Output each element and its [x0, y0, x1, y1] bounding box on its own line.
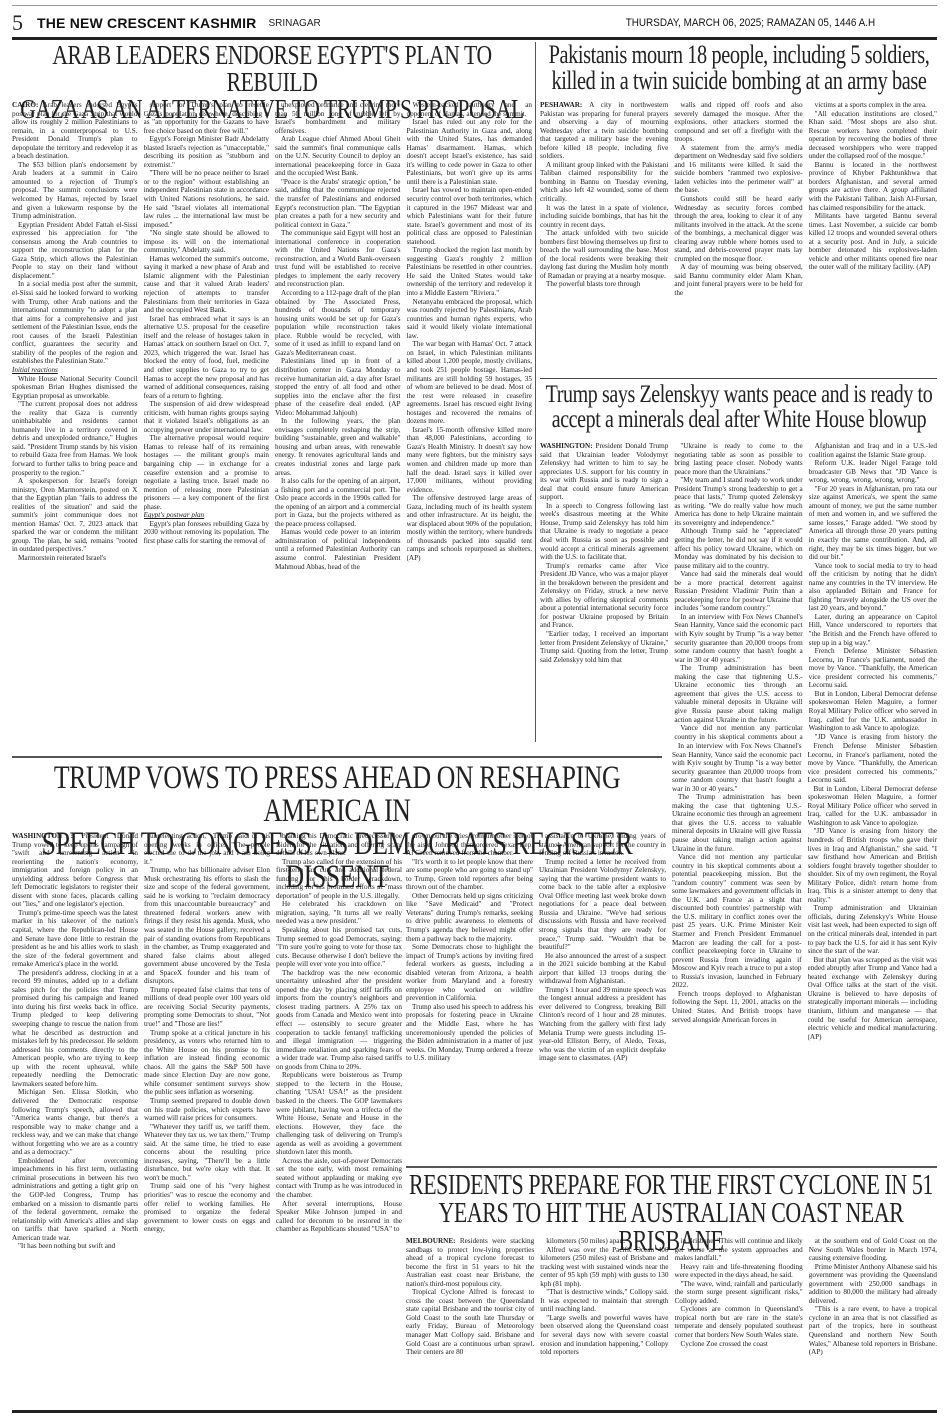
paragraph: "It has been nothing but swift and	[12, 1242, 138, 1251]
paragraph: The $53 billion plan's endorsement by Ar…	[12, 161, 138, 221]
paragraph: "The current proposal does not address t…	[12, 400, 138, 477]
paragraph: Reform U.K. leader Nigel Farage told bro…	[809, 459, 937, 485]
column: unexploded ordnance and clearing more th…	[275, 101, 401, 742]
column-divider	[535, 42, 536, 742]
paragraph: Afghanistan and Iraq and in a U.S.-led c…	[809, 442, 937, 459]
headline-line: killed in a twin suicide bombing at an a…	[540, 68, 938, 94]
dateline: PESHAWAR:	[540, 101, 589, 109]
paragraph: Israel has vowed to maintain open-ended …	[407, 186, 533, 246]
paragraph: Trump repeated false claims that tens of…	[144, 986, 270, 1029]
headline-zelenskyy: Trump says Zelenskyy wants peace and is …	[539, 382, 939, 438]
article-cyclone: RESIDENTS PREPARE FOR THE FIRST CYCLONE …	[406, 1172, 937, 1232]
paragraph: Trump spoke at a critical juncture in hi…	[144, 1029, 270, 1097]
paragraph: In the following years, the plan envisag…	[275, 417, 401, 477]
column: WASHINGTON : President Donald Trump vowe…	[12, 832, 138, 1408]
headline-line: Pakistanis mourn 18 people, including 5 …	[540, 42, 938, 68]
paragraph: unexploded ordnance and clearing more th…	[275, 101, 401, 135]
paragraph: The suspension of aid drew widespread cr…	[144, 400, 270, 434]
paragraph: Emboldened after overcoming impeachments…	[12, 1157, 138, 1242]
column: blaming his Democratic predecessor Joe B…	[276, 832, 402, 1408]
paragraph: Vance took to social media to try to hea…	[809, 562, 937, 613]
paragraph: Marmorstein reiterated Israel's	[12, 554, 138, 563]
paragraph: After several interruptions, House Speak…	[276, 1200, 402, 1234]
column: "Ukraine is ready to come to the negotia…	[674, 442, 802, 742]
headline-gaza: ARAB LEADERS ENDORSE EGYPT'S PLAN TO REB…	[12, 42, 532, 98]
paragraph: Trump also used his speech to address hi…	[406, 1003, 533, 1063]
bottom-rule	[12, 1410, 937, 1413]
paragraph: Trump also called for the extension of h…	[276, 858, 402, 901]
article-body-zelenskyy: WASHINGTON: President Donald Trump said …	[540, 442, 937, 742]
headline-pakistan: Pakistanis mourn 18 people, including 5 …	[540, 42, 938, 98]
masthead: 5 THE NEW CRESCENT KASHMIR SRINAGAR THUR…	[12, 10, 937, 36]
paragraph: Vance had said the minerals deal would b…	[674, 570, 802, 613]
paragraph: Trump, who has billionaire adviser Elon …	[144, 866, 270, 986]
section-rule	[12, 756, 662, 758]
paragraph: According to a 112-page draft of the pla…	[275, 289, 401, 357]
article-body-cyclone: MELBOURNE: Residents were stacking sandb…	[406, 1237, 937, 1407]
paper-name: THE NEW CRESCENT KASHMIR	[37, 15, 256, 31]
paragraph: A militant group linked with the Pakista…	[540, 161, 668, 204]
paragraph: The communique said Egypt will host an i…	[275, 229, 401, 289]
paragraph: Speaking about his promised tax cuts, Tr…	[276, 926, 402, 969]
article-body-zelenskyy-continued: In an interview with Fox News Channel's …	[672, 742, 937, 1160]
paragraph: Trump's remarks came after Vice Presiden…	[540, 562, 668, 630]
article-body-congress-right: drown out the cries from the other side …	[406, 832, 666, 1162]
paragraph: But in London, Liberal Democrat defense …	[808, 785, 938, 828]
paragraph: Trump said one of his "very highest prio…	[144, 1182, 270, 1233]
paragraph: In a speech to Congress following last w…	[540, 502, 668, 562]
paragraph: The backdrop was the new economic uncert…	[276, 969, 402, 1072]
paragraph: Arab League chief Ahmed Aboul Gheit said…	[275, 135, 401, 178]
article-body: PESHAWAR: A city in northwestern Pakista…	[540, 101, 937, 369]
paragraph: Later, during an appearance on Capitol H…	[809, 613, 937, 647]
column: MELBOURNE: Residents were stacking sandb…	[406, 1237, 534, 1407]
paragraph: Trump's 1 hour and 39 minute speech was …	[539, 986, 666, 1063]
column: In an interview with Fox News Channel's …	[672, 742, 802, 1160]
paragraph: The offensive destroyed large areas of G…	[407, 494, 533, 562]
column: CAIRO: Arab leaders endorsed Egypt's pos…	[12, 101, 138, 742]
column: kilometers (50 miles) apart.Alfred was o…	[540, 1237, 668, 1407]
paragraph: Alfred was over the Pacific Ocean 400 ki…	[540, 1246, 668, 1289]
article-body-congress: WASHINGTON : President Donald Trump vowe…	[12, 832, 402, 1408]
paragraph: MELBOURNE: Residents were stacking sandb…	[406, 1237, 534, 1288]
paragraph: French troops deployed to Afghanistan fo…	[672, 990, 802, 1024]
paragraph: "My team and I stand ready to work under…	[674, 476, 802, 527]
paragraph: Trump's prime-time speech was the latest…	[12, 909, 138, 969]
paragraph: The alternative proposal would require H…	[144, 434, 270, 511]
paragraph: "JD Vance is erasing from history the hu…	[808, 827, 938, 904]
paragraph: support for Trump's plan to resettle Gaz…	[144, 101, 270, 135]
headline-line: Trump says Zelenskyy wants peace and is …	[539, 382, 939, 407]
paragraph: Although Trump said he "appreciated" get…	[674, 527, 802, 570]
paragraph: Trump recited a letter he received from …	[539, 858, 666, 952]
paragraph: It also calls for the opening of an airp…	[275, 477, 401, 528]
article-zelenskyy: Trump says Zelenskyy wants peace and is …	[540, 382, 937, 442]
section-rule	[406, 1166, 937, 1168]
paragraph: "Earlier today, I received an important …	[540, 630, 668, 664]
paragraph: "No single state should be allowed to im…	[144, 229, 270, 255]
column: Western-backed authority and an opponent…	[407, 101, 533, 742]
paragraph: "All education institutions are closed,"…	[809, 110, 937, 161]
paragraph: Across the aisle, out-of-power Democrats…	[276, 1157, 402, 1200]
headline-line: accept a minerals deal after White House…	[539, 407, 939, 432]
headline-line: RESIDENTS PREPARE FOR THE FIRST CYCLONE …	[406, 1172, 936, 1200]
paragraph: Western-backed authority and an opponent…	[407, 101, 533, 118]
issue-date: THURSDAY, MARCH 06, 2025; RAMAZAN 05, 14…	[626, 17, 875, 29]
paragraph: Hamas welcomed the summit's outcome, say…	[144, 255, 270, 315]
dateline: WASHINGTON:	[540, 442, 595, 450]
headline-cyclone: RESIDENTS PREPARE FOR THE FIRST CYCLONE …	[406, 1172, 936, 1230]
paragraph: Bannu is located in the northwest provin…	[809, 161, 937, 212]
paragraph: He celebrated his crackdown on migration…	[276, 900, 402, 926]
paragraph: Some Democrats chose to highlight the im…	[406, 943, 533, 1003]
paragraph: kilometers (50 miles) apart.	[540, 1237, 668, 1246]
paragraph: Vance did not mention any particular cou…	[674, 724, 802, 742]
paragraph: But that plan was scrapped as the visit …	[808, 956, 938, 1041]
paragraph: Republicans were boisterous as Trump ste…	[276, 1071, 402, 1156]
paragraph: The Trump administration has been making…	[672, 793, 802, 853]
top-rule	[12, 5, 937, 6]
paragraph: drown out the cries from the other side …	[406, 832, 533, 858]
headline-line: TRUMP VOWS TO PRESS AHEAD ON RESHAPING A…	[13, 762, 660, 828]
column: victims at a sports complex in the area.…	[809, 101, 937, 369]
paragraph: Trump shocked the region last month by s…	[407, 246, 533, 297]
paragraph: CAIRO: Arab leaders endorsed Egypt's pos…	[12, 101, 138, 161]
paragraph: "The wave, wind, rainfall and particular…	[675, 1280, 803, 1306]
paragraph: Israel's 15-month offensive killed more …	[407, 426, 533, 494]
paragraph: Egypt's plan foresees rebuilding Gaza by…	[144, 520, 270, 546]
paragraph: Egyptian President Abdel Fattah el-Sissi…	[12, 221, 138, 281]
paragraph: assistance to Ukraine, ending years of s…	[539, 832, 666, 858]
paragraph: It was the latest in a spate of violence…	[540, 204, 668, 230]
paragraph: Heavy rain and life-threatening flooding…	[675, 1263, 803, 1280]
headline-congress: TRUMP VOWS TO PRESS AHEAD ON RESHAPING A…	[13, 762, 660, 828]
paragraph: Israel has embraced what it says is an a…	[144, 315, 270, 400]
paragraph: Trump seemed prepared to double down on …	[144, 1097, 270, 1123]
dateline: MELBOURNE:	[406, 1237, 460, 1245]
article-pakistan: Pakistanis mourn 18 people, including 5 …	[540, 42, 937, 372]
column: unrelenting action," Trump said of his o…	[144, 832, 270, 1408]
paragraph: "JD Vance is erasing from history the hu…	[809, 733, 937, 742]
paragraph: WASHINGTON: President Donald Trump said …	[540, 442, 668, 502]
paragraph: Egypt's Foreign Minister Badr Abdelatty …	[144, 135, 270, 169]
paragraph: victims at a sports complex in the area.	[809, 101, 937, 110]
column: in Brisbane. "This will continue and lik…	[675, 1237, 803, 1407]
paragraph: WASHINGTON : President Donald Trump vowe…	[12, 832, 138, 909]
paragraph: "For 20 years in Afghanistan, pro rata o…	[809, 485, 937, 562]
paragraph: The president's address, clocking in at …	[12, 969, 138, 1089]
subhead: Egypt's postwar plan	[144, 511, 270, 520]
column: WASHINGTON: President Donald Trump said …	[540, 442, 668, 742]
paragraph: "Ukraine is ready to come to the negotia…	[674, 442, 802, 476]
column: Afghanistan and Iraq and in a U.S.-led c…	[809, 442, 937, 742]
section-rule	[540, 378, 937, 379]
page-number: 5	[12, 10, 23, 36]
article-body: CAIRO: Arab leaders endorsed Egypt's pos…	[12, 101, 532, 742]
paragraph: Other Democrats held up signs criticizin…	[406, 892, 533, 943]
paragraph: Michigan Sen. Elissa Slotkin, who delive…	[12, 1088, 138, 1156]
paragraph: walls and ripped off roofs and also seve…	[674, 101, 802, 144]
paragraph: "It's worth it to let people know that t…	[406, 858, 533, 892]
paragraph: "Whatever they tariff us, we tariff them…	[144, 1123, 270, 1183]
paragraph: Palestinians lined up in front of a dist…	[275, 357, 401, 417]
paragraph: "This is a rare event, to have a tropica…	[809, 1305, 937, 1356]
article-congress: TRUMP VOWS TO PRESS AHEAD ON RESHAPING A…	[12, 762, 662, 830]
paragraph: French Defense Minister Sébastien Lecorn…	[808, 742, 938, 785]
column: assistance to Ukraine, ending years of s…	[539, 832, 666, 1162]
paragraph: PESHAWAR: A city in northwestern Pakista…	[540, 101, 668, 161]
paragraph: blaming his Democratic predecessor Joe B…	[276, 832, 402, 858]
column: French Defense Minister Sébastien Lecorn…	[808, 742, 938, 1160]
paragraph: Gunshots could still be heard early Wedn…	[674, 195, 802, 263]
paragraph: Prime Minister Anthony Albanese said his…	[809, 1263, 937, 1306]
paragraph: In an interview with Fox News Channel's …	[674, 613, 802, 664]
paragraph: A day of mourning was being observed, sa…	[674, 263, 802, 297]
paragraph: The powerful blasts tore through	[540, 280, 668, 289]
column: support for Trump's plan to resettle Gaz…	[144, 101, 270, 742]
paragraph: unrelenting action," Trump said of his o…	[144, 832, 270, 866]
paragraph: White House National Security Council sp…	[12, 375, 138, 401]
paragraph: Militants have targeted Bannu several ti…	[809, 212, 937, 272]
paragraph: In a social media post after the summit,…	[12, 280, 138, 365]
paragraph: Israel has ruled out any role for the Pa…	[407, 118, 533, 186]
paragraph: Trump administration and Ukrainian offic…	[808, 904, 938, 955]
paragraph: The war began with Hamas' Oct. 7 attack …	[407, 340, 533, 425]
column: walls and ripped off roofs and also seve…	[674, 101, 802, 369]
paragraph: "That is destructive winds," Collopy sai…	[540, 1288, 668, 1314]
subhead: Initial reactions	[12, 366, 138, 375]
paragraph: Vance did not mention any particular cou…	[672, 853, 802, 990]
article-gaza: ARAB LEADERS ENDORSE EGYPT'S PLAN TO REB…	[12, 42, 532, 742]
column: at the southern end of Gold Coast on the…	[809, 1237, 937, 1407]
paragraph: Hamas would cede power to an interim adm…	[275, 528, 401, 571]
paragraph: "Peace is the Arabs' strategic option," …	[275, 178, 401, 229]
paragraph: in Brisbane. "This will continue and lik…	[675, 1237, 803, 1263]
paragraph: But in London, Liberal Democrat defense …	[809, 690, 937, 733]
paragraph: Cyclones are common in Queensland's trop…	[675, 1305, 803, 1339]
dateline: WASHINGTON :	[12, 832, 82, 840]
paragraph: A statement from the army's media depart…	[674, 144, 802, 195]
city-label: SRINAGAR	[268, 18, 320, 29]
paragraph: Tropical Cyclone Alfred is forecast to c…	[406, 1288, 534, 1356]
paragraph: at the southern end of Gold Coast on the…	[809, 1237, 937, 1263]
column: PESHAWAR: A city in northwestern Pakista…	[540, 101, 668, 369]
paragraph: Cyclone Zoe crossed the coast	[675, 1340, 803, 1349]
dateline: CAIRO:	[12, 101, 43, 109]
paragraph: In an interview with Fox News Channel's …	[672, 742, 802, 793]
headline-line: ARAB LEADERS ENDORSE EGYPT'S PLAN TO REB…	[12, 42, 532, 96]
paragraph: A spokesperson for Israel's foreign mini…	[12, 477, 138, 554]
paragraph: He also announced the arrest of a suspec…	[539, 952, 666, 986]
paragraph: The Trump administration has been making…	[674, 664, 802, 724]
paragraph: French Defense Minister Sébastien Lecorn…	[809, 647, 937, 690]
paragraph: "There will be no peace neither to Israe…	[144, 169, 270, 229]
paragraph: Netanyahu embraced the proposal, which w…	[407, 298, 533, 341]
column: drown out the cries from the other side …	[406, 832, 533, 1162]
paragraph: "Large swells and powerful waves have be…	[540, 1314, 668, 1357]
paragraph: The attack unfolded with two suicide bom…	[540, 229, 668, 280]
